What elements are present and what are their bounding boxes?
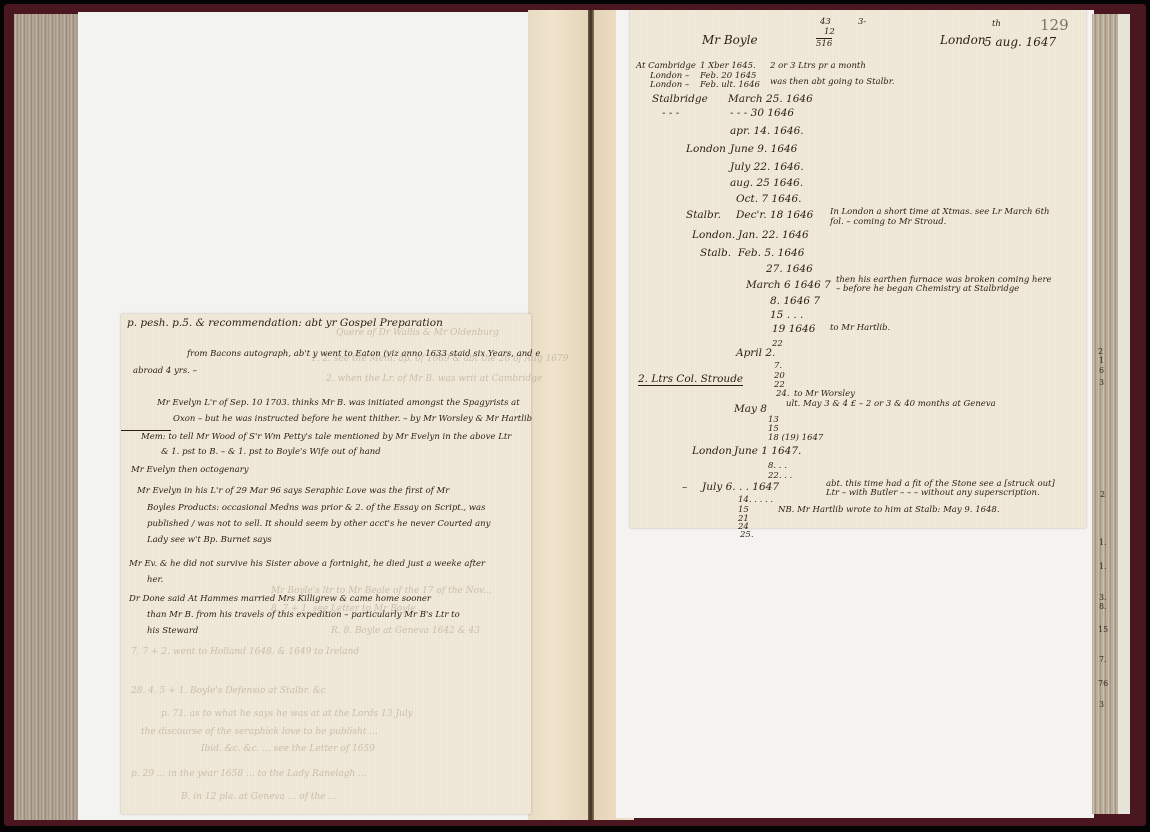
entry-date: Feb. ult. 1646	[700, 81, 760, 90]
note-line: Mr Ev. & he did not survive his Sister a…	[129, 560, 485, 569]
entry-date: 14. . . . .	[738, 496, 773, 505]
left-manuscript-leaf: Quere of Dr Wallis & Mr Oldenburg 1. 2. …	[121, 314, 531, 814]
edge-tab: 2	[1098, 347, 1103, 356]
entry-date: July 6. . . 1647	[702, 482, 779, 493]
entry-place: Stalb.	[700, 248, 731, 259]
entry-date: 19 1646	[772, 324, 815, 335]
entry-place: Stalbr.	[686, 210, 721, 221]
entry-place: –	[682, 482, 687, 493]
edge-tab: 3.	[1099, 593, 1107, 602]
entry-note: In London a short time at Xtmas. see Lr …	[830, 208, 1060, 228]
entry-date: 27. 1646	[766, 264, 813, 275]
folio-number: 129	[1040, 16, 1069, 34]
show-through-text: p. 29 ... in the year 1658 ... to the La…	[131, 769, 367, 779]
sum-figure: 12	[824, 28, 835, 37]
show-through-text: the discourse of the seraphick love to b…	[141, 727, 378, 737]
show-through-text: Quere of Dr Wallis & Mr Oldenburg	[336, 328, 499, 338]
entry-note: was then abt going to Stalbr.	[770, 78, 895, 87]
entry-place: London.	[692, 230, 735, 241]
edge-tab: 15	[1098, 625, 1108, 634]
note-line: her.	[147, 576, 163, 585]
entry-date: March 25. 1646	[728, 94, 813, 105]
entry-date: 15 . . .	[770, 310, 803, 321]
edge-tab: 1.	[1099, 538, 1107, 547]
note-line: & 1. pst to B. – & 1. pst to Boyle's Wif…	[161, 448, 381, 457]
entry-date: April 2.	[736, 348, 775, 359]
show-through-text: B. in 12 pla. at Geneva ... of the ...	[181, 792, 337, 802]
entry-note: to Mr Hartlib.	[830, 324, 890, 333]
note-line: Mr Evelyn L'r of Sep. 10 1703. thinks Mr…	[157, 399, 520, 408]
entry-date: 8. . .	[768, 462, 787, 471]
entry-date: Dec'r. 18 1646	[736, 210, 813, 221]
right-manuscript-leaf: 129 Mr Boyle 43 3- 12 516 London th 5 au…	[630, 10, 1086, 528]
left-hinge-strip	[528, 10, 590, 820]
show-through-text: p. 71. as to what he says he was at at t…	[161, 709, 413, 719]
entry-date: June 1 1647.	[734, 446, 801, 457]
entry-date: July 22. 1646.	[730, 162, 804, 173]
entry-date: 8. 1646 7	[770, 296, 820, 307]
entry-place: - - -	[662, 108, 679, 119]
entry-date: Feb. 5. 1646	[738, 248, 804, 259]
margin-note: 2. Ltrs Col. Stroude	[638, 374, 743, 386]
note-line: p. pesh. p.5. & recommendation: abt yr G…	[127, 318, 443, 329]
show-through-text: R. 8. Boyle at Geneva 1642 & 43	[331, 626, 480, 636]
note-line: Mr Evelyn in his L'r of 29 Mar 96 says S…	[137, 487, 449, 496]
note-line: Mem: to tell Mr Wood of S'r Wm Petty's t…	[141, 433, 511, 442]
entry-date: 24.	[776, 390, 790, 399]
entry-date: 22. . .	[768, 472, 792, 481]
entry-place: At Cambridge	[636, 62, 696, 71]
entry-date: May 8	[734, 404, 767, 415]
note-line: Boyles Products: occasional Medns was pr…	[147, 504, 486, 513]
show-through-text: 7. 7 + 2. went to Holland 1648. & 1649 t…	[131, 647, 359, 657]
entry-date: 25.	[740, 531, 754, 540]
divider-rule	[121, 430, 171, 431]
edge-tab: 1.	[1099, 562, 1107, 571]
entry-date: Oct. 7 1646.	[736, 194, 801, 205]
entry-date: Jan. 22. 1646	[738, 230, 809, 241]
entry-place: London	[686, 144, 726, 155]
edge-tab: 3	[1099, 378, 1104, 387]
entry-place: London –	[650, 81, 689, 90]
date-superscript: th	[992, 20, 1001, 29]
edge-tab: 8.	[1099, 602, 1107, 611]
entry-date: 7.	[774, 362, 782, 371]
edge-tab: 7.	[1099, 655, 1107, 664]
note-line: Mr Evelyn then octogenary	[131, 466, 249, 475]
sum-figure: 3-	[858, 18, 866, 27]
letter-place: London	[940, 34, 986, 46]
entry-place: London	[692, 446, 732, 457]
note-line: abroad 4 yrs. –	[133, 367, 197, 376]
entry-date: - - - 30 1646	[730, 108, 794, 119]
show-through-text: 2. when the Lr. of Mr B. was writ at Cam…	[326, 374, 542, 384]
edge-tab: 76	[1098, 679, 1108, 688]
entry-note: 2 or 3 Ltrs pr a month	[770, 62, 866, 71]
entry-date: 18 (19) 1647	[768, 434, 823, 443]
sum-figure: 43	[820, 18, 831, 27]
letter-date: 5 aug. 1647	[984, 36, 1056, 48]
entry-date: June 9. 1646	[730, 144, 797, 155]
show-through-text: Ibid. &c. &c. ... see the Letter of 1659	[201, 744, 375, 754]
note-line: Oxon – but he was instructed before he w…	[173, 415, 532, 424]
entry-date: March 6 1646 7	[746, 280, 831, 291]
entry-date: 1 Xber 1645.	[700, 62, 756, 71]
entry-note: abt. this time had a fit of the Stone se…	[826, 480, 1056, 499]
note-line: his Steward	[147, 627, 198, 636]
note-line: Dr Done said At Hammes married Mrs Killi…	[129, 595, 431, 604]
left-page-edges	[14, 14, 78, 820]
show-through-text: 28. 4. 5 + 1. Boyle's Defensio at Stalbr…	[131, 686, 326, 696]
note-line: from Bacons autograph, ab't y went to Ea…	[187, 350, 540, 359]
entry-place: Stalbridge	[652, 94, 708, 105]
edge-tab: 1	[1099, 356, 1104, 365]
entry-note: to Mr Worsley	[794, 390, 855, 399]
entry-note: then his earthen furnace was broken comi…	[836, 276, 1056, 295]
edge-tab: 3	[1099, 700, 1104, 709]
note-line: than Mr B. from his travels of this expe…	[147, 611, 460, 620]
right-endpaper	[1118, 14, 1130, 814]
sum-figure: 516	[816, 38, 832, 49]
letter-subject: Mr Boyle	[702, 34, 758, 46]
edge-tab: 2	[1100, 490, 1105, 499]
note-line: published / was not to sell. It should s…	[147, 520, 490, 529]
entry-note: ult. May 3 & 4 £ – 2 or 3 & 40 months at…	[786, 400, 996, 409]
entry-date: apr. 14. 1646.	[730, 126, 804, 137]
entry-note: NB. Mr Hartlib wrote to him at Stalb: Ma…	[778, 506, 1000, 515]
entry-date: aug. 25 1646.	[730, 178, 803, 189]
edge-tab: 6	[1099, 366, 1104, 375]
note-line: Lady see w't Bp. Burnet says	[147, 536, 272, 545]
